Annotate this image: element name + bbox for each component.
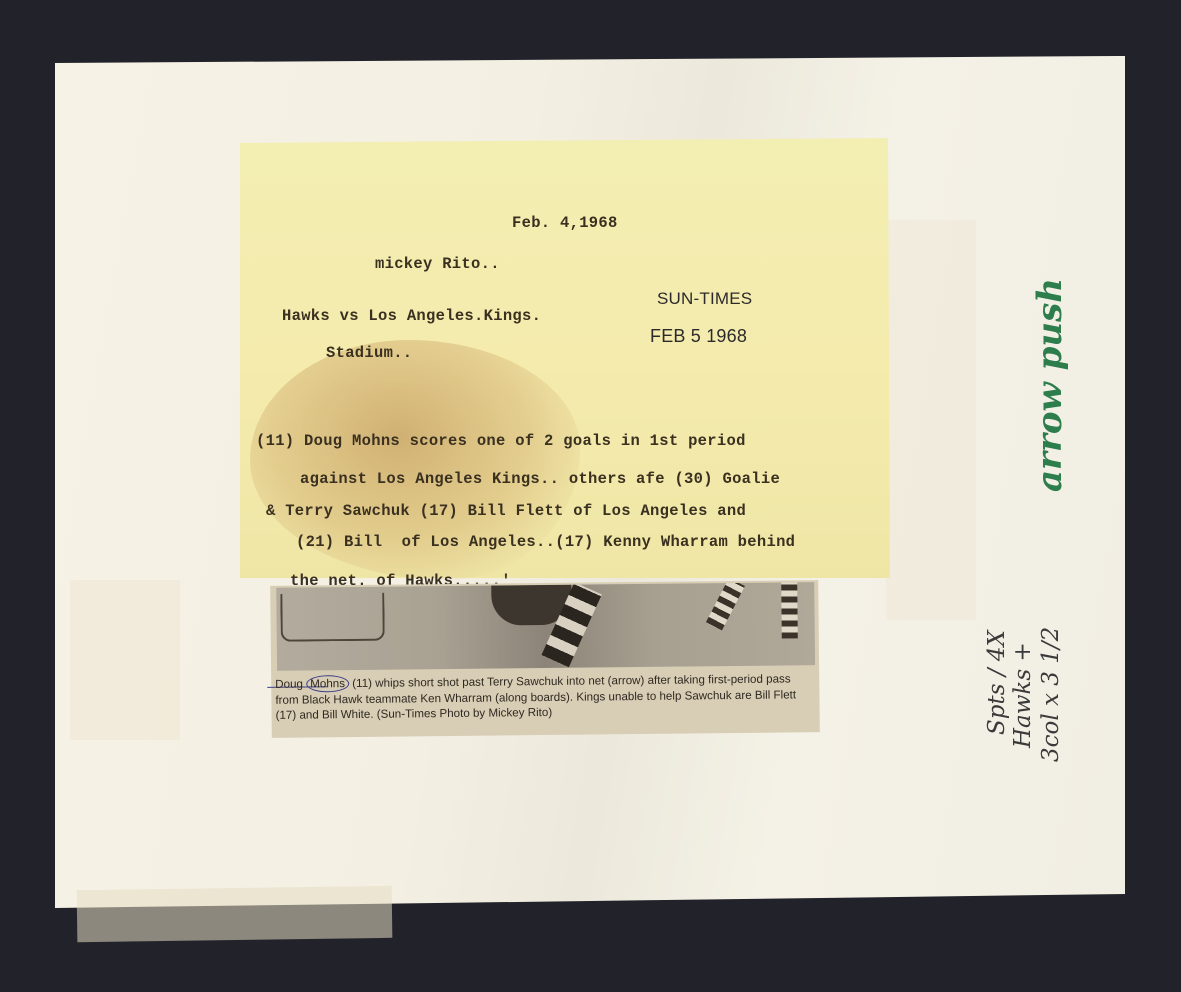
- clipping-caption: Doug Mohns (11) whips short shot past Te…: [275, 670, 815, 723]
- pencil-note-line: Hawks +: [1010, 642, 1036, 748]
- typed-body-line: (11) Doug Mohns scores one of 2 goals in…: [256, 432, 746, 450]
- tape-residue-right: [886, 220, 976, 620]
- typed-photographer: mickey Rito..: [375, 255, 500, 273]
- tape-residue-left: [70, 580, 180, 740]
- caption-first-name: Doug: [275, 678, 303, 691]
- pencil-note-line: Spts / 4X: [984, 630, 1010, 735]
- stamp-paper-name: SUN-TIMES: [657, 289, 752, 309]
- typed-date: Feb. 4,1968: [512, 214, 618, 232]
- typed-venue: Stadium..: [326, 344, 412, 362]
- green-handwritten-note: arrow push: [1030, 278, 1070, 492]
- circled-name: Mohns: [306, 675, 349, 692]
- newspaper-clipping: Doug Mohns (11) whips short shot past Te…: [270, 580, 820, 738]
- pencil-note-line: 3col x 3 1/2: [1038, 627, 1064, 762]
- typed-body-line: (21) Bill of Los Angeles..(17) Kenny Wha…: [296, 533, 795, 551]
- stamp-date: FEB 5 1968: [650, 326, 747, 347]
- caption-text: (11) whips short shot past Terry Sawchuk…: [275, 672, 796, 721]
- typed-body-line: & Terry Sawchuk (17) Bill Flett of Los A…: [266, 502, 746, 520]
- typed-body-line: against Los Angeles Kings.. others afe (…: [300, 470, 780, 488]
- hockey-photo: [276, 582, 815, 671]
- typed-game: Hawks vs Los Angeles.Kings.: [282, 307, 541, 325]
- tape-residue-bottom: [77, 886, 393, 942]
